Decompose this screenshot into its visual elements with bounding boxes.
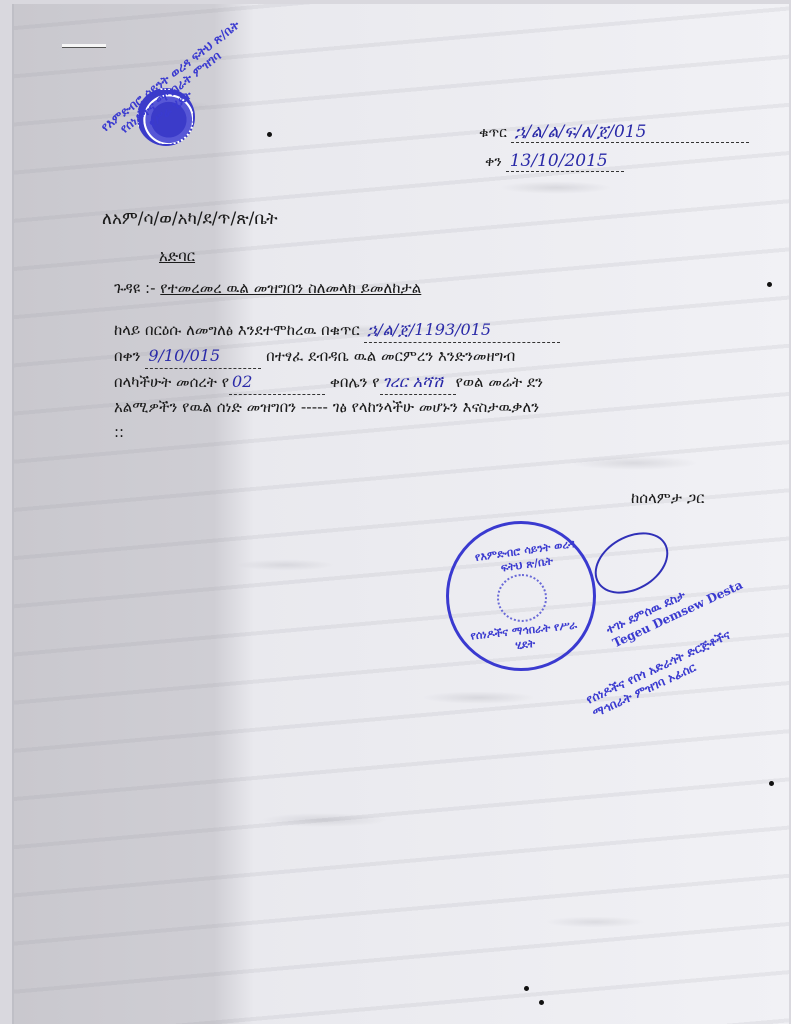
date-label: ቀን	[485, 154, 502, 170]
scanned-letter-page: የእምድብሮ ሳይንት ወረዳ ፍትህ ጽ/ቤት የሰነዶችና ማኅበራት ምዝ…	[12, 4, 789, 1024]
handwritten-reference: ኋ/ል/ጀ/1193/015	[364, 317, 560, 343]
letter-body: ከላይ በርዕሱ ለመግለፅ እንደተሞከረዉ በቁጥር ኋ/ል/ጀ/1193/…	[114, 317, 754, 445]
closing-greeting: ከሰላምታ ጋር	[631, 489, 704, 507]
subject-line: ጉዳዩ :- የተመረመረ ዉል መዝግበን ስለመላክ ይመለከታል	[114, 279, 421, 297]
body-line: ከላይ በርዕሱ ለመግለፅ እንደተሞከረዉ በቁጥር ኋ/ል/ጀ/1193/…	[114, 317, 754, 343]
reference-value: ኋ/ል/ል/ፍ/ለ/ጀ/015	[511, 122, 749, 143]
body-line: በላካችሁት መሰረት የ02 ቀበሌን የገረር አሻሽየወል መሬት ደን	[114, 369, 754, 395]
body-line: አልሚዎችን የዉል ሰነድ መዝግበን ----- ገፅ የላከንላችሁ መሆ…	[114, 395, 754, 420]
speck	[267, 132, 272, 137]
salutation: አድባር	[159, 247, 195, 265]
body-text: በላካችሁት መሰረት የ	[114, 373, 229, 391]
staple-mark	[62, 44, 106, 48]
recipient: ለአም/ሳ/ወ/አካ/ደ/ጥ/ጽ/ቤት	[102, 209, 278, 229]
reference-block: ቁጥር ኋ/ል/ል/ፍ/ለ/ጀ/015 ቀን 13/10/2015	[479, 122, 749, 180]
subject-label: ጉዳዩ :-	[114, 279, 156, 297]
reference-label: ቁጥር	[479, 125, 507, 141]
subject-text: የተመረመረ ዉል መዝግበን ስለመላክ ይመለከታል	[160, 279, 421, 297]
stamp-top-text: የእምድብሮ ሳይንት ወረዳ ፍትህ ጽ/ቤት	[470, 536, 583, 579]
signatory-title-stamp: የሰነዶችና የበጎ አድራጎት ድርጅቶችና ማኅበራት ምዝገባ ኦፊሰር	[584, 628, 739, 722]
body-line: በቀን 9/10/015 በተፃፈ ደብዳቤ ዉል መርምረን እንድንመዘግብ	[114, 343, 754, 369]
body-text: በተፃፈ ደብዳቤ ዉል መርምረን እንድንመዘግብ	[266, 347, 515, 365]
date-value: 13/10/2015	[506, 151, 624, 172]
body-text: ከላይ በርዕሱ ለመግለፅ እንደተሞከረዉ በቁጥር	[114, 321, 360, 339]
body-text: ::	[114, 423, 124, 441]
body-text: አልሚዎችን የዉል ሰነድ መዝግበን ----- ገፅ የላከንላችሁ መሆ…	[114, 398, 539, 416]
speck	[539, 1000, 544, 1005]
speck	[769, 781, 774, 786]
stamp-bottom-text: የሰነዶችና ማኅበራት የሥራ ሂደት	[466, 618, 583, 658]
body-text: የወል መሬት ደን	[456, 373, 543, 391]
speck	[524, 986, 529, 991]
handwritten-place: ገረር አሻሽ	[380, 369, 456, 395]
official-round-stamp: የእምድብሮ ሳይንት ወረዳ ፍትህ ጽ/ቤት የሰነዶችና ማኅበራት የሥ…	[446, 521, 596, 671]
signature-scribble	[584, 520, 679, 606]
body-line: ::	[114, 420, 754, 445]
body-text: በቀን	[114, 347, 141, 365]
handwritten-date: 9/10/015	[145, 343, 261, 369]
reference-number-row: ቁጥር ኋ/ል/ል/ፍ/ለ/ጀ/015	[479, 122, 749, 143]
handwritten-kebele: 02	[229, 369, 325, 395]
date-row: ቀን 13/10/2015	[485, 151, 749, 172]
body-text: ቀበሌን የ	[330, 373, 380, 391]
speck	[767, 282, 772, 287]
stamp-emblem-icon	[497, 574, 547, 622]
